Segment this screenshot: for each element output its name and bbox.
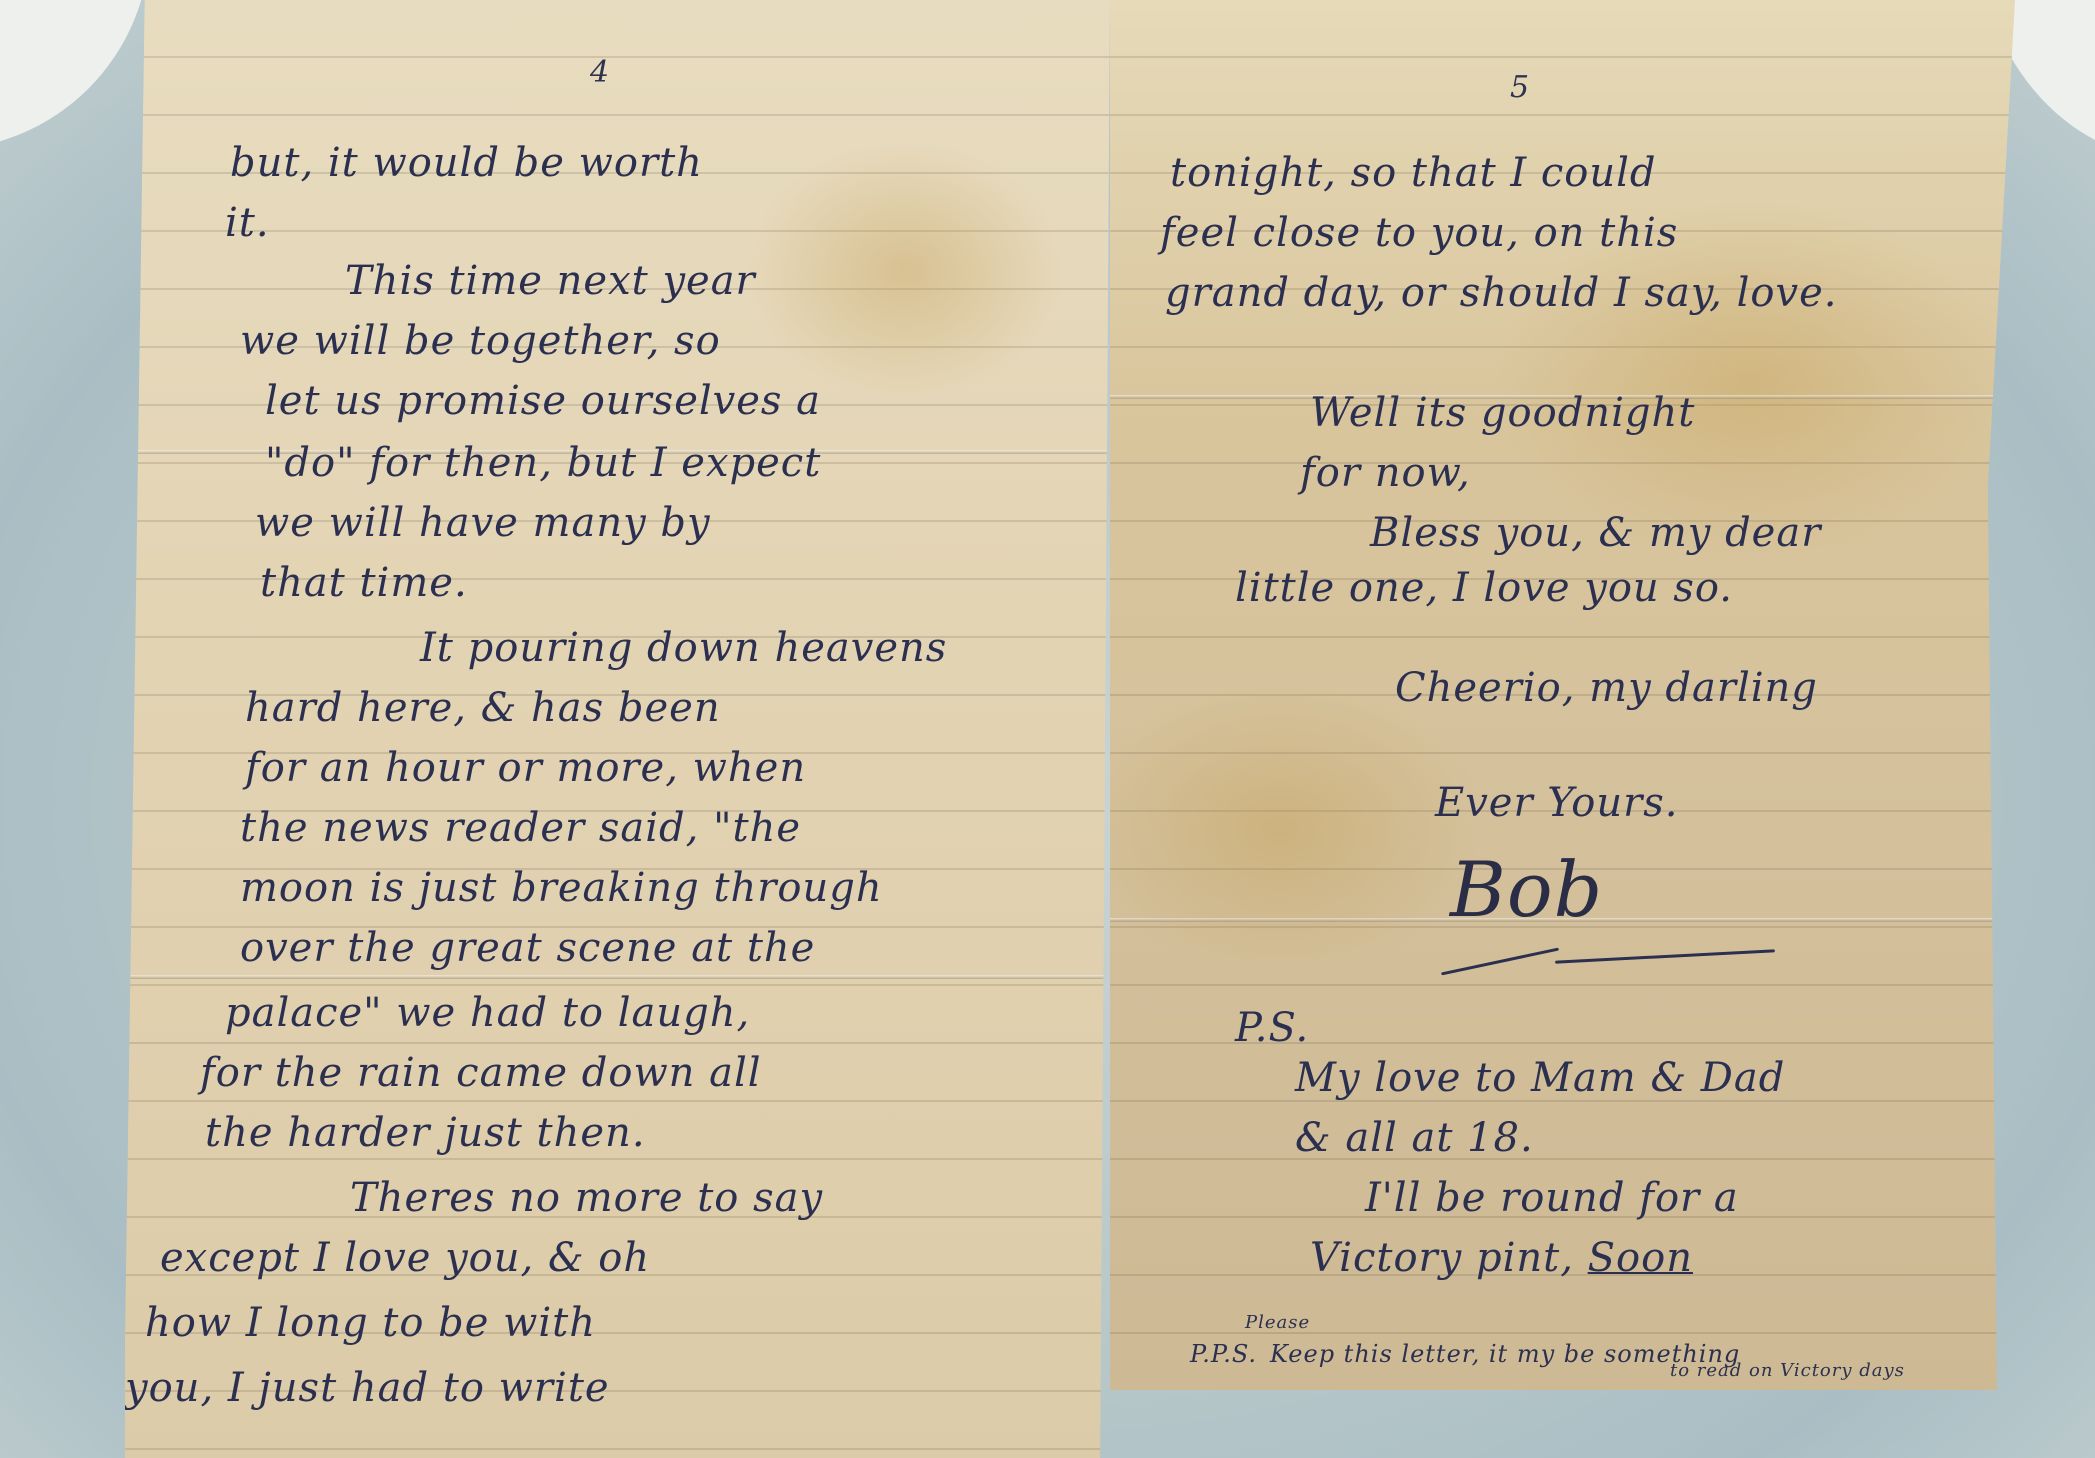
letter-line: for an hour or more, when [245, 745, 806, 791]
water-stain [1070, 680, 1490, 980]
letter-line: hard here, & has been [245, 685, 721, 731]
ps-line-text: Victory pint, [1310, 1235, 1588, 1281]
ps-line: My love to Mam & Dad [1295, 1055, 1785, 1101]
letter-page-left: 4 but, it would be worth it. This time n… [125, 0, 1110, 1458]
letter-line: how I long to be with [145, 1300, 596, 1346]
letter-line: let us promise ourselves a [265, 378, 821, 424]
fold-line [125, 975, 1110, 979]
letter-line: Bless you, & my dear [1370, 510, 1821, 556]
letter-line: it. [225, 200, 270, 246]
ps-line: & all at 18. [1295, 1115, 1534, 1161]
letter-line: tonight, so that I could [1170, 150, 1657, 196]
letter-line: feel close to you, on this [1160, 210, 1678, 256]
signature-flourish [1555, 949, 1775, 964]
ps-label: P.S. [1235, 1005, 1309, 1051]
letter-line: for the rain came down all [200, 1050, 762, 1096]
letter-line: we will have many by [255, 500, 711, 546]
ps-line: Victory pint, Soon [1310, 1235, 1693, 1281]
pps-label: P.P.S. [1190, 1340, 1257, 1368]
water-stain [745, 140, 1065, 400]
letter-line: Theres no more to say [350, 1175, 823, 1221]
page-number: 5 [1510, 70, 1529, 105]
letter-line: This time next year [345, 258, 756, 304]
letter-line: over the great scene at the [240, 925, 815, 971]
letter-line: the news reader said, "the [240, 805, 801, 851]
letter-line: grand day, or should I say, love. [1165, 270, 1837, 316]
page-number: 4 [590, 55, 609, 90]
letter-line: for now, [1300, 450, 1471, 496]
ps-line: I'll be round for a [1365, 1175, 1739, 1221]
letter-line: palace" we had to laugh, [225, 990, 750, 1036]
letter-line: except I love you, & oh [160, 1235, 650, 1281]
letter-page-right: 5 tonight, so that I could feel close to… [1110, 0, 2015, 1390]
letter-line: Well its goodnight [1310, 390, 1695, 436]
pps-insert-above: Please [1245, 1312, 1310, 1333]
letter-line: but, it would be worth [230, 140, 703, 186]
background-corner [0, 0, 150, 150]
signature: Bob [1450, 845, 1603, 934]
letter-line: Ever Yours. [1435, 780, 1678, 826]
letter-line: Cheerio, my darling [1395, 665, 1818, 711]
letter-line: the harder just then. [205, 1110, 646, 1156]
signature-flourish [1441, 948, 1559, 976]
pps-insert-below: to read on Victory days [1670, 1360, 1905, 1381]
ps-underlined-word: Soon [1588, 1235, 1693, 1281]
letter-line: we will be together, so [240, 318, 721, 364]
letter-line: little one, I love you so. [1235, 565, 1733, 611]
letter-line: that time. [260, 560, 468, 606]
letter-line: "do" for then, but I expect [265, 440, 821, 486]
letter-line: you, I just had to write [125, 1365, 610, 1411]
letter-line: moon is just breaking through [240, 865, 883, 911]
letter-line: It pouring down heavens [420, 625, 947, 671]
